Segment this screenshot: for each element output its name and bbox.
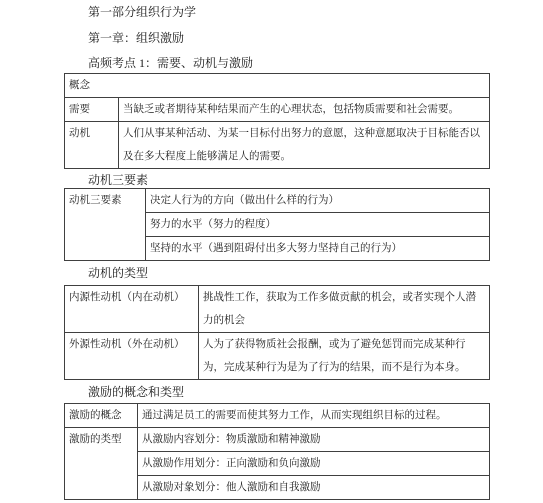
definition-cell: 努力的水平（努力的程度）	[146, 213, 490, 237]
definition-cell: 挑战性工作，获取为工作多做贡献的机会，或者实现个人潜力的机会	[199, 286, 490, 333]
definition-cell: 坚持的水平（遇到阻碍付出多大努力坚持自己的行为）	[146, 237, 490, 261]
table-row: 外源性动机（外在动机） 人为了获得物质社会报酬，或为了避免惩罚而完成某种行为，完…	[65, 333, 490, 380]
concept-table: 概念 需要 当缺乏或者期待某种结果而产生的心理状态，包括物质需要和社会需要。 动…	[64, 73, 490, 169]
term-cell: 动机	[65, 122, 119, 169]
document-page: 第一部分组织行为学 第一章：组织激励 高频考点 1：需要、动机与激励 概念 需要…	[0, 0, 543, 500]
term-cell: 需要	[65, 98, 119, 122]
section-heading-incentive: 激励的概念和类型	[88, 384, 543, 400]
term-cell: 内源性动机（内在动机）	[65, 286, 199, 333]
table-row: 需要 当缺乏或者期待某种结果而产生的心理状态，包括物质需要和社会需要。	[65, 98, 490, 122]
heading-chapter: 第一章：组织激励	[88, 30, 543, 46]
motive-elements-table: 动机三要素 决定人行为的方向（做出什么样的行为） 努力的水平（努力的程度） 坚持…	[64, 188, 490, 261]
section-heading-motive-elements: 动机三要素	[88, 172, 543, 188]
table-row: 激励的类型 从激励内容划分：物质激励和精神激励	[65, 428, 490, 452]
concept-table-header-cell: 概念	[65, 74, 490, 98]
heading-part: 第一部分组织行为学	[88, 4, 543, 20]
table-row: 动机 人们从事某种活动、为某一目标付出努力的意愿，这种意愿取决于目标能否以及在多…	[65, 122, 490, 169]
definition-cell: 当缺乏或者期待某种结果而产生的心理状态，包括物质需要和社会需要。	[119, 98, 490, 122]
definition-cell: 人为了获得物质社会报酬，或为了避免惩罚而完成某种行为，完成某种行为是为了行为的结…	[199, 333, 490, 380]
definition-cell: 通过满足员工的需要而使其努力工作，从而实现组织目标的过程。	[138, 404, 490, 428]
term-cell: 动机三要素	[65, 189, 146, 261]
section-heading-motive-types: 动机的类型	[88, 265, 543, 281]
table-row: 动机三要素 决定人行为的方向（做出什么样的行为）	[65, 189, 490, 213]
term-cell: 激励的概念	[65, 404, 138, 428]
incentive-table: 激励的概念 通过满足员工的需要而使其努力工作，从而实现组织目标的过程。 激励的类…	[64, 403, 490, 500]
table-row: 激励的概念 通过满足员工的需要而使其努力工作，从而实现组织目标的过程。	[65, 404, 490, 428]
definition-cell: 从激励对象划分：他人激励和自我激励	[138, 476, 490, 500]
definition-cell: 从激励作用划分：正向激励和负向激励	[138, 452, 490, 476]
term-cell: 外源性动机（外在动机）	[65, 333, 199, 380]
definition-cell: 决定人行为的方向（做出什么样的行为）	[146, 189, 490, 213]
term-cell: 激励的类型	[65, 428, 138, 500]
definition-cell: 从激励内容划分：物质激励和精神激励	[138, 428, 490, 452]
heading-topic: 高频考点 1：需要、动机与激励	[88, 55, 543, 71]
table-row: 内源性动机（内在动机） 挑战性工作，获取为工作多做贡献的机会，或者实现个人潜力的…	[65, 286, 490, 333]
definition-cell: 人们从事某种活动、为某一目标付出努力的意愿，这种意愿取决于目标能否以及在多大程度…	[119, 122, 490, 169]
motive-types-table: 内源性动机（内在动机） 挑战性工作，获取为工作多做贡献的机会，或者实现个人潜力的…	[64, 285, 490, 380]
table-row: 概念	[65, 74, 490, 98]
